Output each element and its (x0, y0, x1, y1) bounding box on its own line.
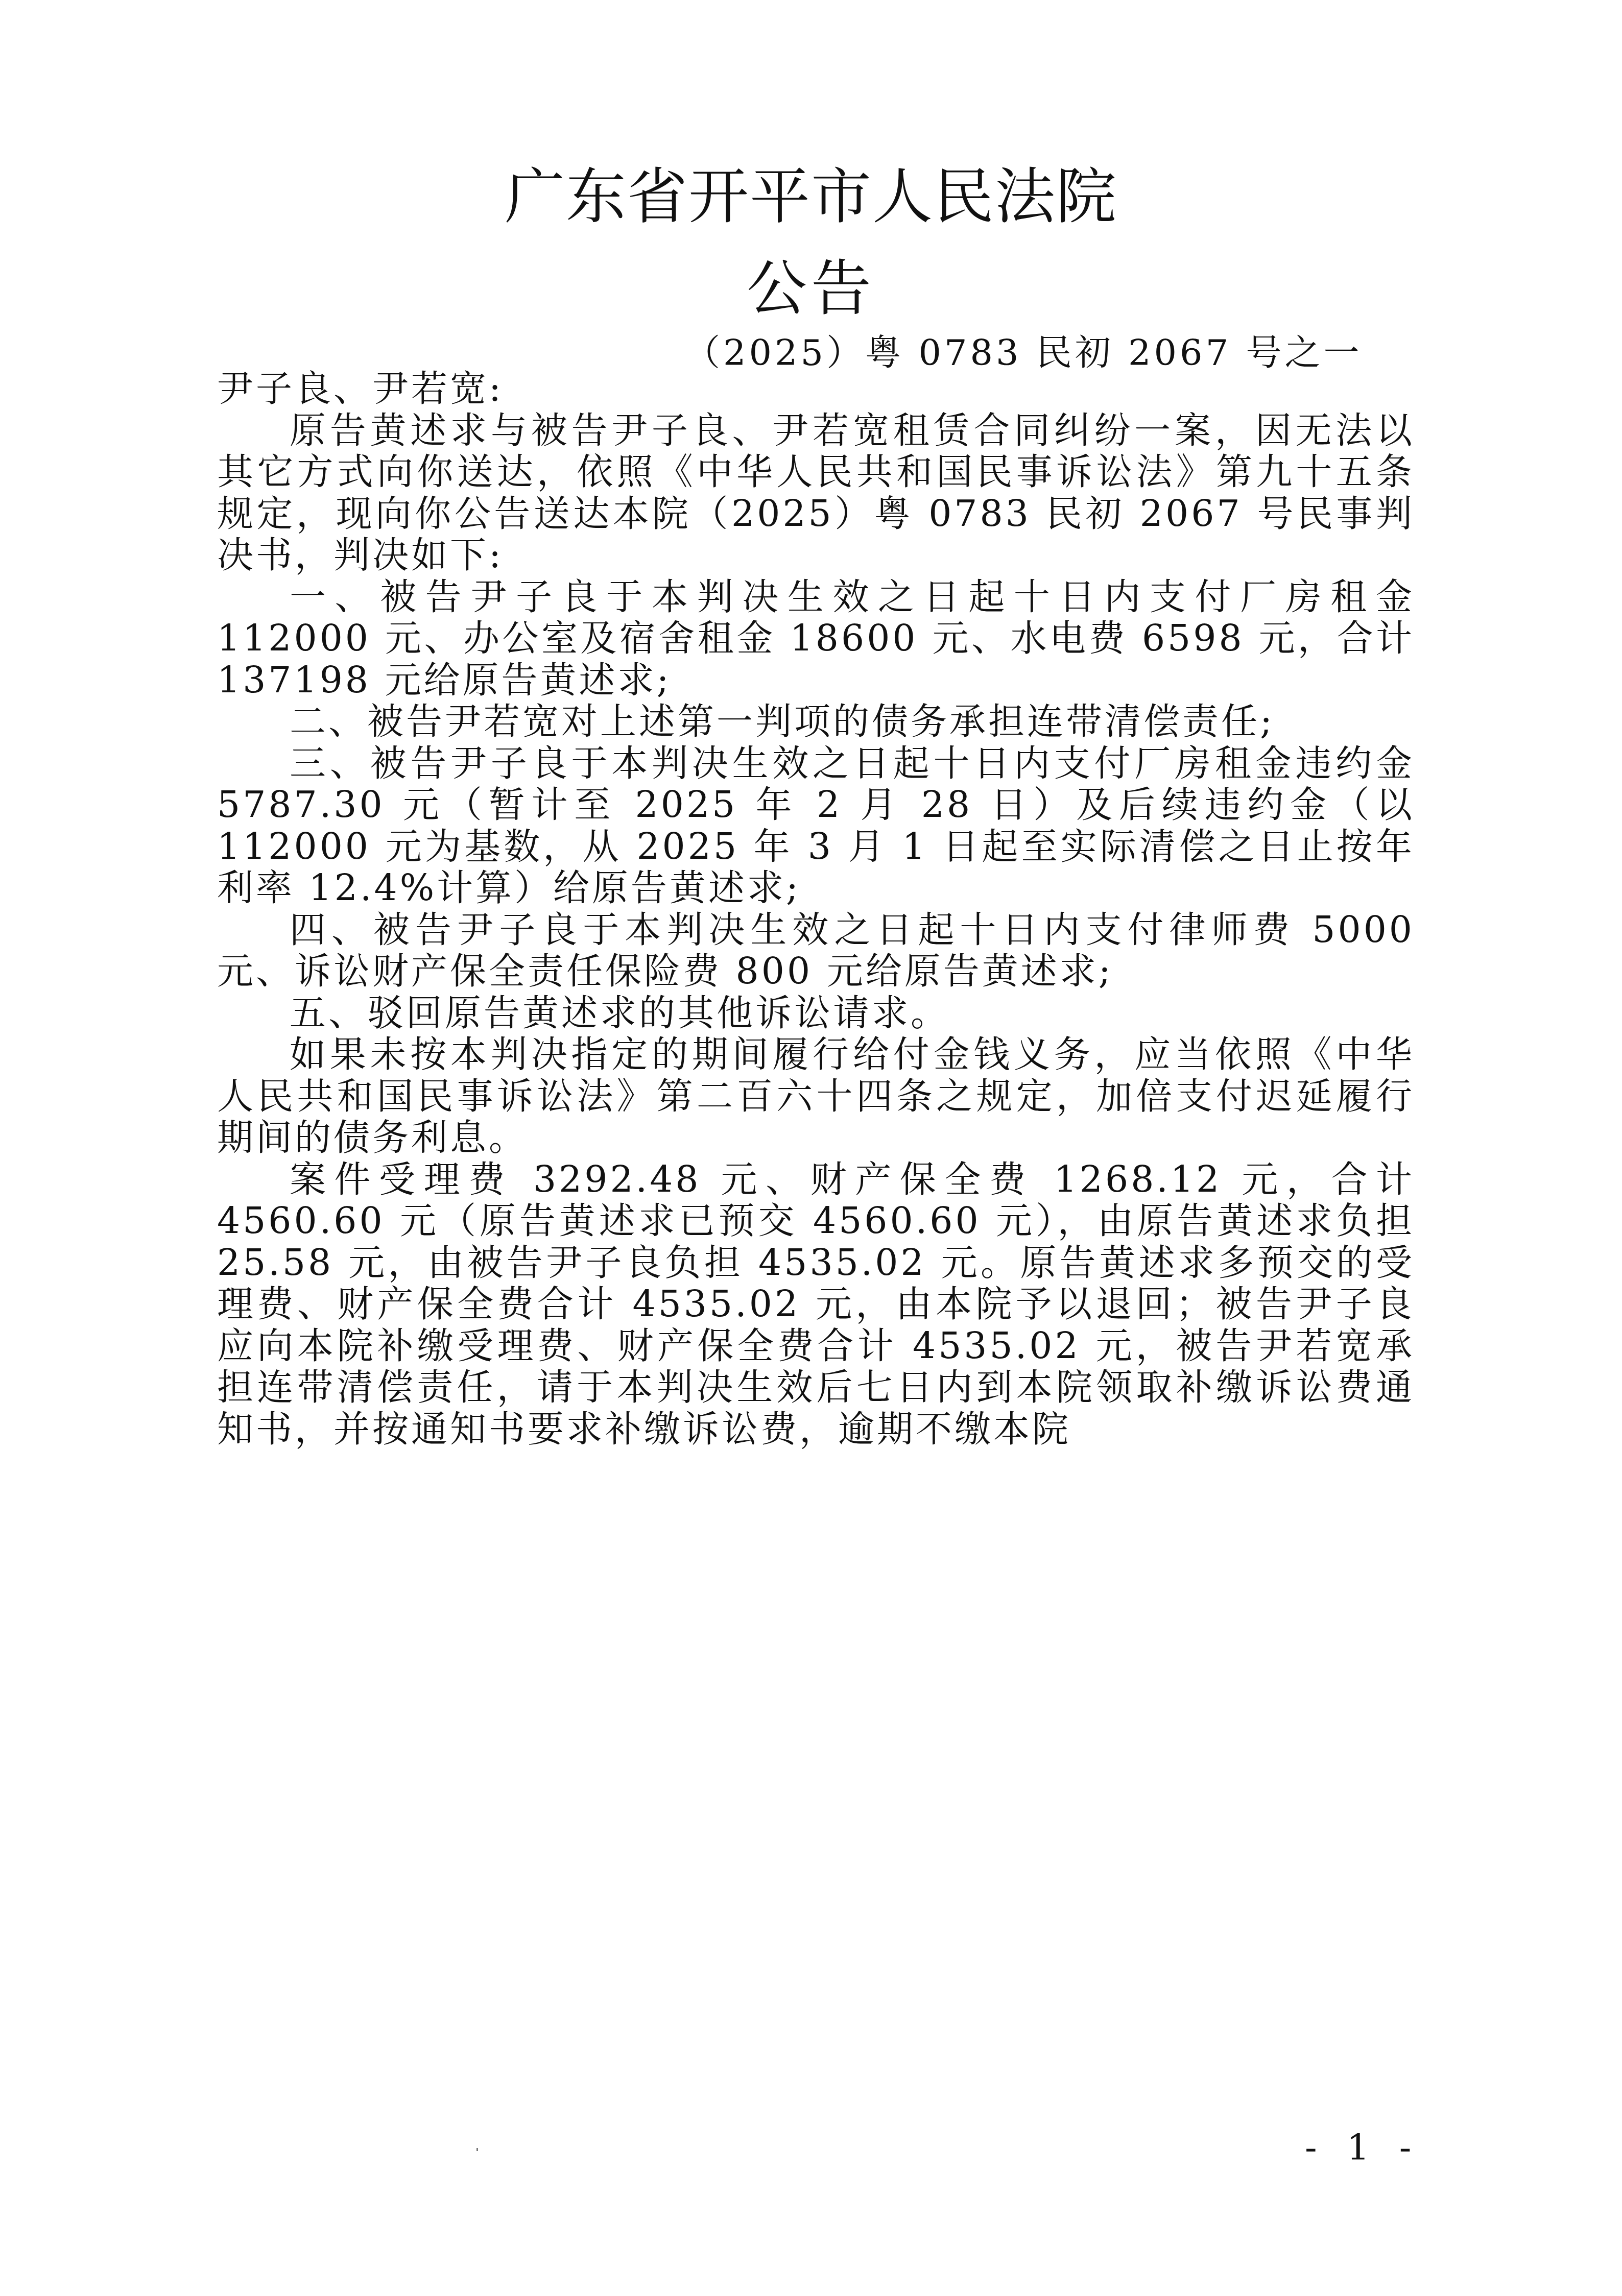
addressee: 尹子良、尹若宽: (217, 368, 1415, 409)
judgment-item-4: 四、被告尹子良于本判决生效之日起十日内支付律师费 5000 元、诉讼财产保全责任… (217, 909, 1415, 992)
paragraph-intro: 原告黄述求与被告尹子良、尹若宽租赁合同纠纷一案，因无法以其它方式向你送达，依照《… (217, 409, 1415, 576)
page-number: - 1 - (1305, 2126, 1420, 2168)
litigation-fees-paragraph: 案件受理费 3292.48 元、财产保全费 1268.12 元，合计 4560.… (217, 1158, 1415, 1450)
notice-title: 公告 (0, 240, 1622, 327)
judgment-item-3: 三、被告尹子良于本判决生效之日起十日内支付厂房租金违约金 5787.30 元（暂… (217, 742, 1415, 909)
scan-speck (476, 2148, 478, 2151)
judgment-item-2: 二、被告尹若宽对上述第一判项的债务承担连带清偿责任; (217, 700, 1415, 742)
notice-body: 尹子良、尹若宽: 原告黄述求与被告尹子良、尹若宽租赁合同纠纷一案，因无法以其它方… (217, 368, 1415, 1449)
late-payment-clause: 如果未按本判决指定的期间履行给付金钱义务，应当依照《中华人民共和国民事诉讼法》第… (217, 1033, 1415, 1158)
court-name-heading: 广东省开平市人民法院 (0, 148, 1622, 235)
judgment-item-5: 五、驳回原告黄述求的其他诉讼请求。 (217, 992, 1415, 1034)
judgment-item-1: 一、被告尹子良于本判决生效之日起十日内支付厂房租金 112000 元、办公室及宿… (217, 576, 1415, 701)
document-page: 广东省开平市人民法院 公告 （2025）粤 0783 民初 2067 号之一 尹… (0, 0, 1622, 2296)
